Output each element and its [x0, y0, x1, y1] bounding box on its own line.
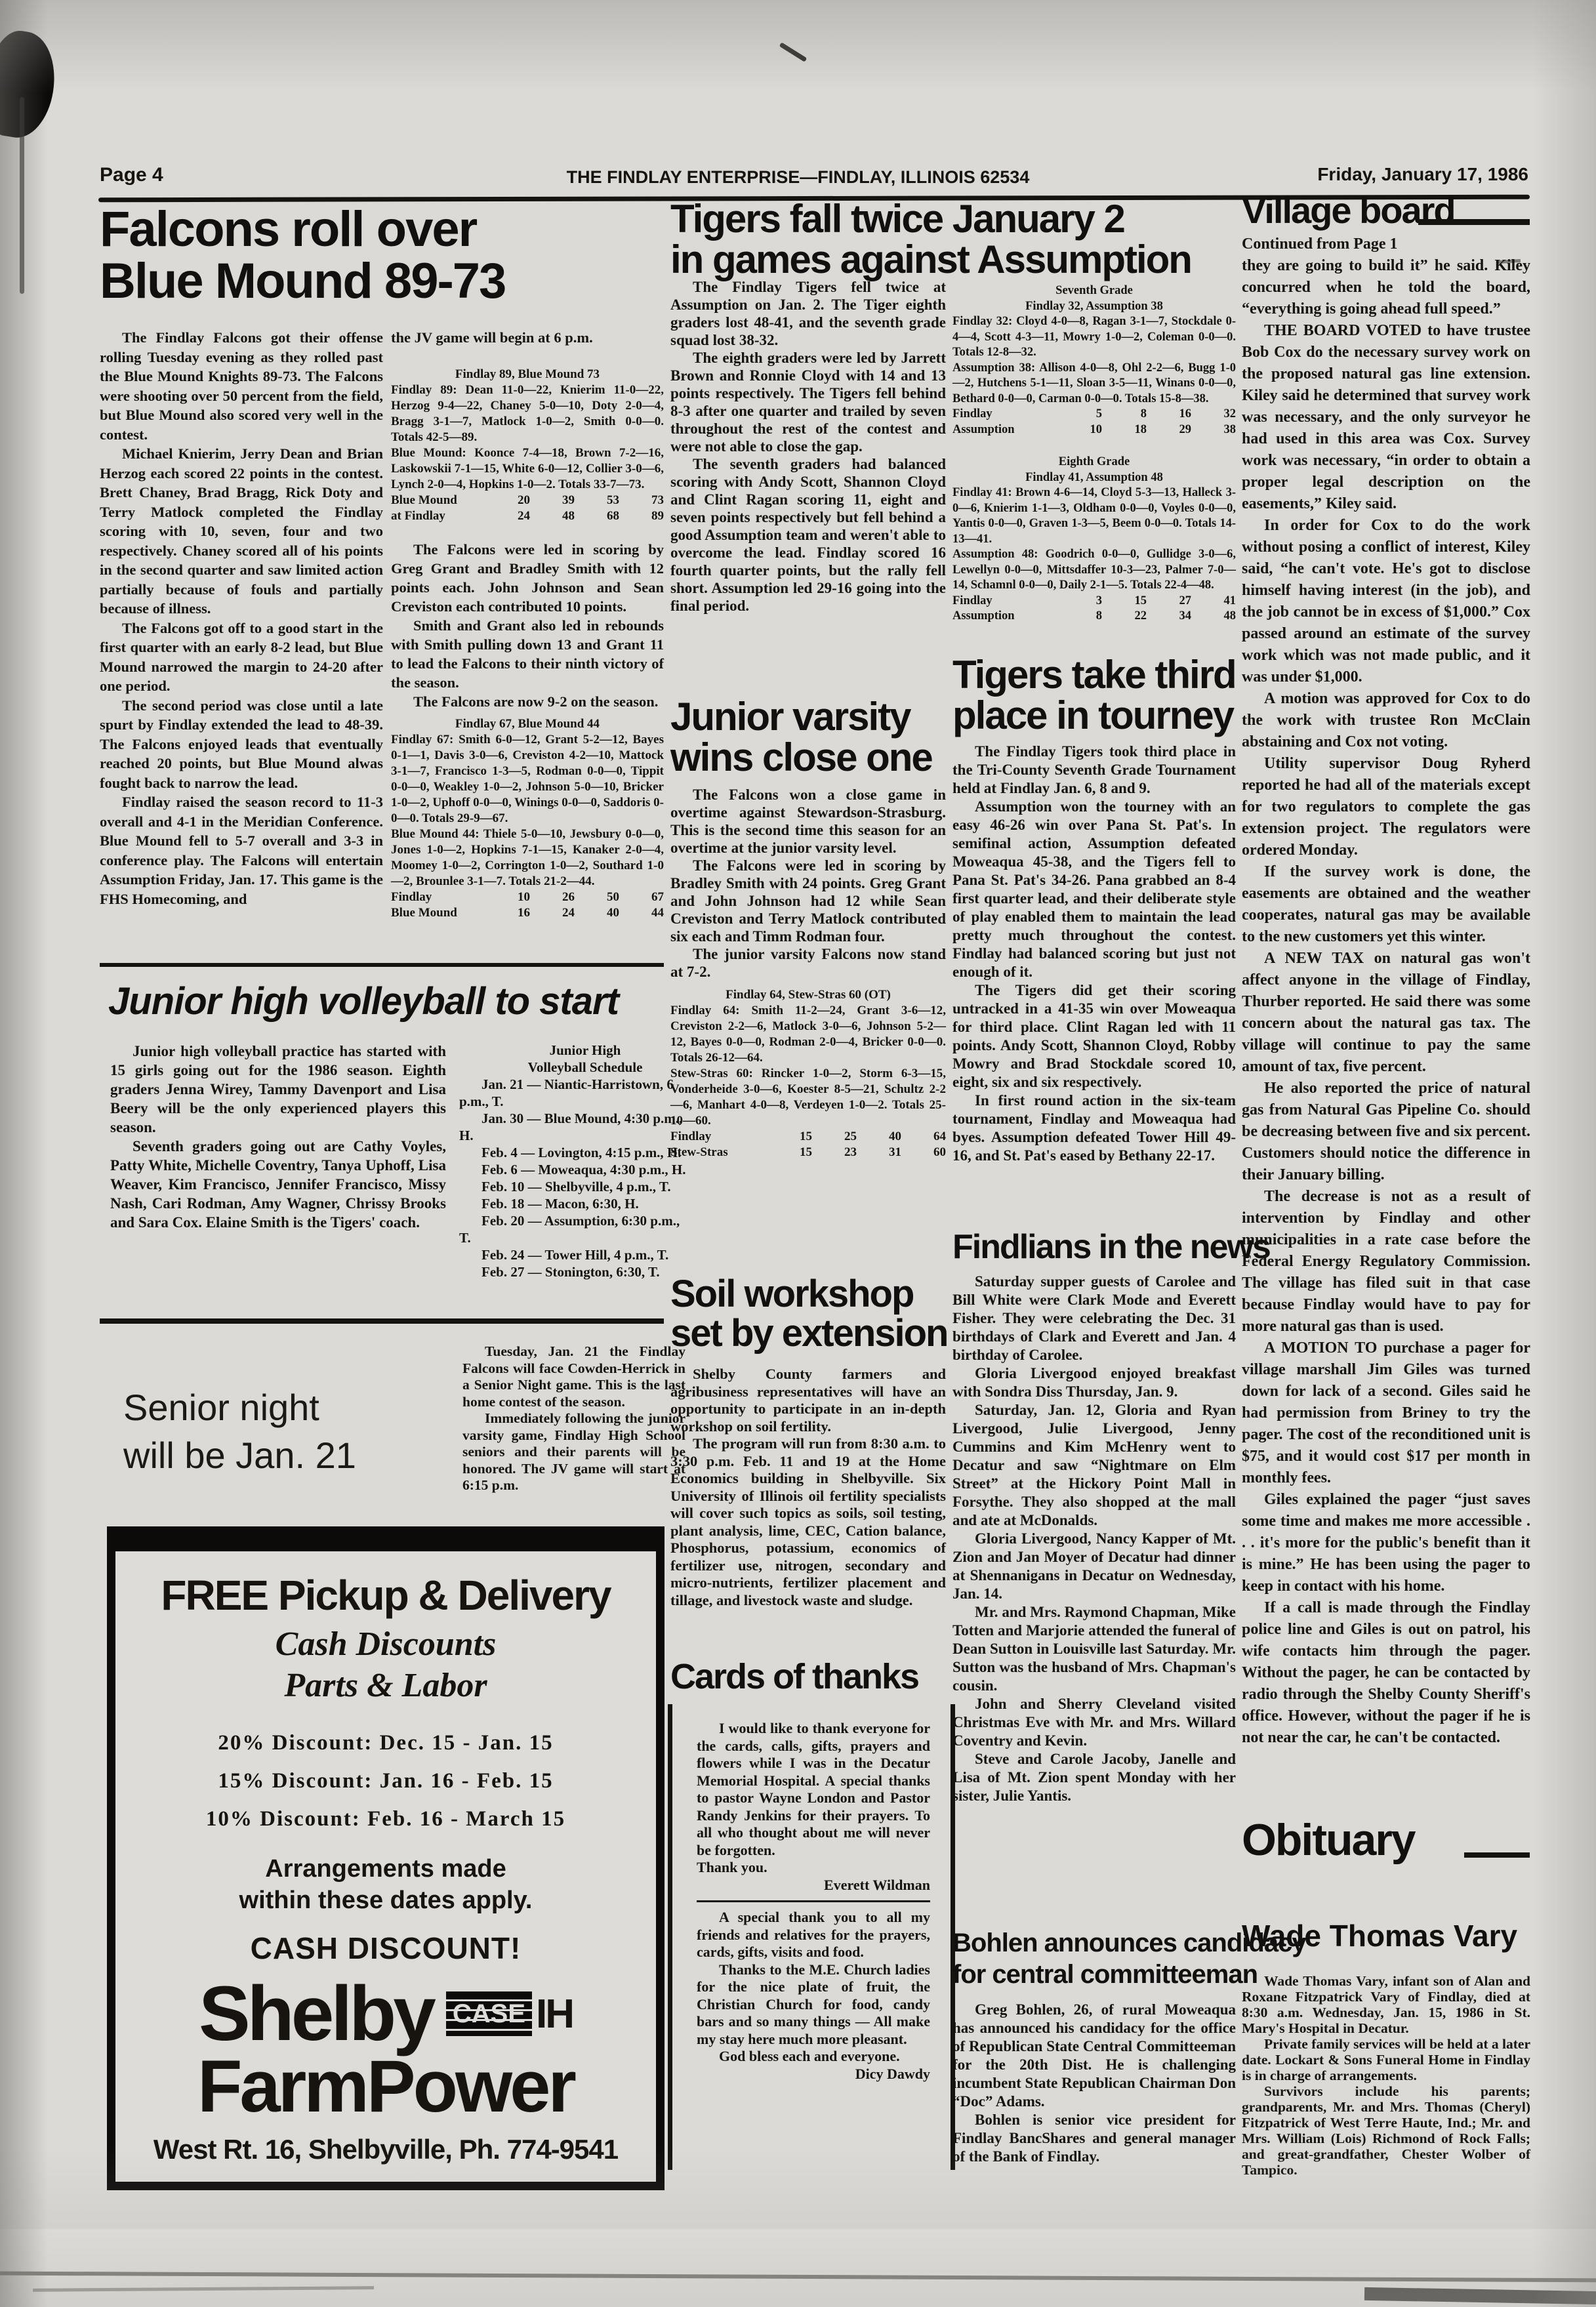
volleyball-schedule: Junior High Volleyball Schedule Jan. 21 …	[459, 1042, 689, 1280]
soil-headline-line1: Soil workshop	[670, 1275, 947, 1314]
senior-night-paragraph: Tuesday, Jan. 21 the Findlay Falcons wil…	[462, 1343, 685, 1410]
linescore-team: Assumption	[952, 422, 1057, 438]
findlians-paragraph: Gloria Livergood enjoyed breakfast with …	[952, 1364, 1236, 1401]
falcons-paragraph: The Falcons are now 9-2 on the season.	[391, 692, 664, 711]
soil-paragraph: Shelby County farmers and agribusiness r…	[670, 1366, 946, 1435]
ad-brand-shelby: Shelby	[199, 1975, 433, 2052]
linescore-q3: 40	[857, 1129, 901, 1145]
linescore-team: Assumption	[952, 609, 1057, 624]
eighth-grade-label: Eighth Grade	[952, 455, 1236, 470]
linescore-q2: 18	[1102, 422, 1147, 438]
village-board-body: Continued from Page 1 they are going to …	[1242, 234, 1530, 1749]
schedule-item: Feb. 18 — Macon, 6:30, H.	[459, 1195, 689, 1212]
falcons-column-2: the JV game will begin at 6 p.m. Findlay…	[391, 328, 664, 921]
findlians-body: Saturday supper guests of Carolee and Bi…	[952, 1273, 1236, 1805]
village-paragraph: If the survey work is done, the easement…	[1242, 861, 1530, 948]
volleyball-headline: Junior high volleyball to start	[108, 982, 619, 1021]
linescore-final: 73	[619, 493, 664, 508]
box-score-line: Findlay 41: Brown 4-6—14, Cloyd 5-3—13, …	[952, 485, 1236, 547]
box-score-line: Blue Mound 44: Thiele 5-0—10, Jewsbury 0…	[391, 827, 664, 889]
falcons-paragraph: Michael Knierim, Jerry Dean and Brian He…	[100, 444, 383, 619]
tigers-fall-paragraph: The seventh graders had balanced scoring…	[670, 455, 946, 615]
newspaper-page: Page 4 THE FINDLAY ENTERPRISE—FINDLAY, I…	[0, 0, 1596, 2307]
linescore-q1: 5	[1057, 407, 1102, 422]
ad-free-pickup-line: FREE Pickup & Delivery	[115, 1571, 656, 1620]
linescore-row: at Findlay 24 48 68 89	[391, 508, 664, 524]
linescore-q2: 23	[812, 1145, 857, 1160]
linescore-final: 32	[1191, 407, 1236, 422]
shelby-farm-power-ad: FREE Pickup & Delivery Cash Discounts Pa…	[107, 1526, 665, 2190]
falcons-paragraph: The Findlay Falcons got their offense ro…	[100, 328, 383, 444]
obituary-name: Wade Thomas Vary	[1242, 1921, 1517, 1952]
linescore-team: Blue Mound	[391, 905, 485, 921]
jv-paragraph: The junior varsity Falcons now stand at …	[670, 945, 946, 981]
tigers-third-paragraph: Assumption won the tourney with an easy …	[952, 798, 1236, 981]
obituary-paragraph: Private family services will be held at …	[1242, 2036, 1530, 2083]
case-logo-box: CASE	[446, 1991, 532, 2036]
linescore-q3: 16	[1147, 407, 1191, 422]
ad-brand-farmpower: FarmPower	[115, 2050, 656, 2123]
box-score-title: Findlay 64, Stew-Stras 60 (OT)	[670, 987, 946, 1003]
ad-address: West Rt. 16, Shelbyville, Ph. 774-9541	[115, 2134, 656, 2165]
linescore-team: at Findlay	[391, 508, 485, 524]
tigers-third-headline: Tigers take third place in tourney	[952, 655, 1236, 737]
box-score-title: Findlay 67, Blue Mound 44	[391, 716, 664, 732]
linescore-q2: 15	[1102, 594, 1147, 609]
falcons-paragraph: The Falcons were led in scoring by Greg …	[391, 540, 664, 616]
tigers-third-headline-line2: place in tourney	[952, 695, 1236, 736]
jv-paragraph: The Falcons were led in scoring by Bradl…	[670, 857, 946, 945]
tigers-third-body: The Findlay Tigers took third place in t…	[952, 743, 1236, 1165]
village-paragraph: they are going to build it” he said. Kil…	[1242, 255, 1530, 320]
linescore-q3: 53	[575, 493, 619, 508]
linescore-q1: 3	[1057, 594, 1102, 609]
linescore-team: Blue Mound	[391, 493, 485, 508]
ad-discount-line: 20% Discount: Dec. 15 - Jan. 15	[115, 1725, 656, 1763]
masthead-title: THE FINDLAY ENTERPRISE—FINDLAY, ILLINOIS…	[567, 167, 1030, 188]
box-score-line: Findlay 32: Cloyd 4-0—8, Ragan 3-1—7, St…	[952, 314, 1236, 361]
tigers-fall-headline-line1: Tigers fall twice January 2	[670, 199, 1191, 239]
tigers-fall-paragraph: The eighth graders were led by Jarrett B…	[670, 349, 946, 455]
linescore-q1: 8	[1057, 609, 1102, 624]
linescore-q1: 15	[767, 1145, 812, 1160]
scan-blob-top-left	[0, 27, 62, 142]
ad-note-line1: Arrangements made	[115, 1854, 656, 1885]
schedule-item: Jan. 30 — Blue Mound, 4:30 p.m., H.	[459, 1110, 689, 1144]
seventh-grade-label: Seventh Grade	[952, 283, 1236, 299]
jv-headline-line1: Junior varsity	[670, 697, 932, 737]
linescore-final: 60	[901, 1145, 946, 1160]
findlians-paragraph: Steve and Carole Jacoby, Janelle and Lis…	[952, 1750, 1236, 1805]
scan-smudge-bottom-left	[33, 2286, 374, 2292]
box-score-line: Findlay 64: Smith 11-2—24, Grant 3-6—12,…	[670, 1003, 946, 1066]
bohlen-body: Greg Bohlen, 26, of rural Moweaqua has a…	[952, 2001, 1236, 2166]
section-divider	[100, 963, 664, 967]
tigers-third-paragraph: The Findlay Tigers took third place in t…	[952, 743, 1236, 798]
soil-body: Shelby County farmers and agribusiness r…	[670, 1366, 946, 1609]
cards-rule-left	[668, 1704, 672, 2170]
cards-headline: Cards of thanks	[670, 1658, 918, 1695]
jv-headline-line2: wins close one	[670, 737, 932, 778]
card-of-thanks-paragraph: God bless each and everyone.	[697, 2048, 930, 2066]
linescore-row: Findlay 10 26 50 67	[391, 889, 664, 905]
linescore-q1: 20	[485, 493, 530, 508]
falcons-jv-note: the JV game will begin at 6 p.m.	[391, 328, 664, 347]
village-paragraph: If a call is made through the Findlay po…	[1242, 1597, 1530, 1749]
linescore-q2: 39	[530, 493, 575, 508]
jv-body: The Falcons won a close game in overtime…	[670, 786, 946, 1160]
ad-discount-line: 15% Discount: Jan. 16 - Feb. 15	[115, 1763, 656, 1801]
linescore-row: Blue Mound 16 24 40 44	[391, 905, 664, 921]
soil-paragraph: The program will run from 8:30 a.m. to 3…	[670, 1435, 946, 1609]
ad-note: Arrangements made within these dates app…	[115, 1854, 656, 1916]
linescore-q3: 50	[575, 889, 619, 905]
ad-note-line2: within these dates apply.	[115, 1885, 656, 1917]
continued-from-label: Continued from Page 1	[1242, 234, 1530, 255]
ad-brand-row: Shelby CASE IH	[115, 1975, 656, 2052]
falcons-headline: Falcons roll over Blue Mound 89-73	[100, 203, 505, 307]
grade-box-scores: Seventh Grade Findlay 32, Assumption 38 …	[952, 283, 1236, 624]
linescore-team: Findlay	[952, 594, 1057, 609]
linescore-q3: 29	[1147, 422, 1191, 438]
box-score-title: Findlay 32, Assumption 38	[952, 299, 1236, 315]
linescore-q2: 48	[530, 508, 575, 524]
schedule-title-line2: Volleyball Schedule	[459, 1059, 689, 1076]
jv-headline: Junior varsity wins close one	[670, 697, 932, 779]
village-paragraph: The decrease is not as a result of inter…	[1242, 1186, 1530, 1337]
volleyball-paragraph: Junior high volleyball practice has star…	[110, 1042, 446, 1137]
cards-body: I would like to thank everyone for the c…	[697, 1720, 930, 2083]
box-score-line: Findlay 67: Smith 6-0—12, Grant 5-2—12, …	[391, 732, 664, 827]
linescore-q3: 40	[575, 905, 619, 921]
tigers-fall-headline-line2: in games against Assumption	[670, 239, 1191, 280]
linescore-team: Findlay	[952, 407, 1057, 422]
linescore-final: 48	[1191, 609, 1236, 624]
jv-box-score-blue-mound: Findlay 67, Blue Mound 44 Findlay 67: Sm…	[391, 716, 664, 921]
case-logo-text: CASE	[453, 1999, 525, 2028]
schedule-title-line1: Junior High	[459, 1042, 689, 1059]
ad-parts-labor-line: Parts & Labor	[115, 1666, 656, 1705]
findlians-paragraph: Gloria Livergood, Nancy Kapper of Mt. Zi…	[952, 1530, 1236, 1603]
falcons-paragraph: Findlay raised the season record to 11-3…	[100, 792, 383, 909]
box-score-title: Findlay 89, Blue Mound 73	[391, 367, 664, 382]
findlians-paragraph: Saturday, Jan. 12, Gloria and Ryan Liver…	[952, 1401, 1236, 1530]
linescore-q2: 24	[530, 905, 575, 921]
falcons-paragraph: The second period was close until a late…	[100, 696, 383, 793]
village-paragraph: Giles explained the pager “just saves so…	[1242, 1489, 1530, 1597]
ad-cash-discounts-line: Cash Discounts	[115, 1625, 656, 1664]
linescore-row: Findlay 5 8 16 32	[952, 407, 1236, 422]
box-score-line: Stew-Stras 60: Rincker 1-0—2, Storm 6-3—…	[670, 1066, 946, 1129]
linescore-final: 41	[1191, 594, 1236, 609]
village-paragraph: In order for Cox to do the work without …	[1242, 515, 1530, 688]
masthead-date: Friday, January 17, 1986	[1317, 164, 1528, 185]
linescore-q2: 25	[812, 1129, 857, 1145]
linescore-q3: 31	[857, 1145, 901, 1160]
card-signature: Everett Wildman	[697, 1877, 930, 1894]
tigers-third-paragraph: In first round action in the six-team to…	[952, 1092, 1236, 1165]
scan-smudge-bottom-right	[1364, 2287, 1596, 2304]
findlians-paragraph: Saturday supper guests of Carolee and Bi…	[952, 1273, 1236, 1364]
linescore-row: Assumption 10 18 29 38	[952, 422, 1236, 438]
ad-discount-schedule: 20% Discount: Dec. 15 - Jan. 15 15% Disc…	[115, 1725, 656, 1838]
scan-band-bottom	[0, 2229, 1596, 2307]
senior-night-body: Tuesday, Jan. 21 the Findlay Falcons wil…	[462, 1343, 685, 1494]
schedule-item: Jan. 21 — Niantic-Harristown, 6 p.m., T.	[459, 1076, 689, 1110]
obituary-headline: Obituary	[1242, 1817, 1415, 1864]
schedule-item: Feb. 10 — Shelbyville, 4 p.m., T.	[459, 1178, 689, 1195]
linescore-q3: 27	[1147, 594, 1191, 609]
linescore-row: Assumption 8 22 34 48	[952, 609, 1236, 624]
volleyball-body: Junior high volleyball practice has star…	[110, 1042, 446, 1232]
obituary-paragraph: Survivors include his parents; grandpare…	[1242, 2083, 1530, 2178]
obituary-headline-rule	[1464, 1852, 1530, 1858]
box-score-line: Findlay 89: Dean 11-0—22, Knierim 11-0—2…	[391, 382, 664, 445]
falcons-paragraph: Smith and Grant also led in rebounds wit…	[391, 616, 664, 692]
linescore-final: 38	[1191, 422, 1236, 438]
box-score-line: Assumption 48: Goodrich 0-0—0, Gullidge …	[952, 547, 1236, 594]
linescore-q3: 68	[575, 508, 619, 524]
falcons-paragraph: The Falcons got off to a good start in t…	[100, 619, 383, 696]
findlians-paragraph: John and Sherry Cleveland visited Christ…	[952, 1695, 1236, 1750]
scan-tick-top	[779, 42, 808, 62]
box-score-line: Assumption 38: Allison 4-0—8, Ohl 2-2—6,…	[952, 361, 1236, 407]
linescore-final: 67	[619, 889, 664, 905]
linescore-final: 44	[619, 905, 664, 921]
linescore-q1: 10	[1057, 422, 1102, 438]
village-board-headline-rule	[1418, 219, 1530, 225]
linescore-q1: 16	[485, 905, 530, 921]
village-paragraph: A MOTION TO purchase a pager for village…	[1242, 1337, 1530, 1489]
obituary-paragraph: Wade Thomas Vary, infant son of Alan and…	[1242, 1973, 1530, 2036]
senior-night-paragraph: Immediately following the junior varsity…	[462, 1410, 685, 1494]
section-divider	[100, 1318, 664, 1324]
scan-line-left-edge	[20, 97, 24, 294]
senior-night-headline-line1: Senior night	[123, 1384, 356, 1432]
box-score-line: Blue Mound: Koonce 7-4—18, Brown 7-2—16,…	[391, 445, 664, 493]
jv-paragraph: The Falcons won a close game in overtime…	[670, 786, 946, 857]
linescore-q2: 8	[1102, 407, 1147, 422]
linescore-team: Findlay	[391, 889, 485, 905]
box-score-title: Findlay 41, Assumption 48	[952, 470, 1236, 486]
falcons-headline-line1: Falcons roll over	[100, 203, 505, 255]
schedule-item: Feb. 6 — Moweaqua, 4:30 p.m., H.	[459, 1161, 689, 1178]
card-of-thanks-paragraph: Thank you.	[697, 1859, 930, 1877]
linescore-final: 64	[901, 1129, 946, 1145]
village-paragraph: Utility supervisor Doug Ryherd reported …	[1242, 753, 1530, 861]
schedule-item: Feb. 24 — Tower Hill, 4 p.m., T.	[459, 1246, 689, 1263]
soil-headline: Soil workshop set by extension	[670, 1275, 947, 1354]
schedule-item: Feb. 4 — Lovington, 4:15 p.m., H.	[459, 1144, 689, 1161]
falcons-column-1: The Findlay Falcons got their offense ro…	[100, 328, 383, 909]
schedule-item: Feb. 20 — Assumption, 6:30 p.m., T.	[459, 1212, 689, 1246]
bohlen-paragraph: Bohlen is senior vice president for Find…	[952, 2111, 1236, 2166]
ih-logo-text: IH	[536, 1991, 573, 2037]
falcons-headline-line2: Blue Mound 89-73	[100, 255, 505, 307]
tigers-fall-body: The Findlay Tigers fell twice at Assumpt…	[670, 278, 946, 615]
village-paragraph: He also reported the price of natural ga…	[1242, 1078, 1530, 1186]
linescore-q3: 34	[1147, 609, 1191, 624]
linescore-row: Stew-Stras 15 23 31 60	[670, 1145, 946, 1160]
jv-box-score-stew-stras: Findlay 64, Stew-Stras 60 (OT) Findlay 6…	[670, 987, 946, 1160]
tigers-fall-paragraph: The Findlay Tigers fell twice at Assumpt…	[670, 278, 946, 349]
findlians-headline: Findlians in the news	[952, 1229, 1270, 1265]
card-divider	[697, 1900, 930, 1902]
schedule-item: Feb. 27 — Stonington, 6:30, T.	[459, 1263, 689, 1280]
linescore-row: Findlay 15 25 40 64	[670, 1129, 946, 1145]
findlians-paragraph: Mr. and Mrs. Raymond Chapman, Mike Totte…	[952, 1603, 1236, 1695]
village-paragraph: A NEW TAX on natural gas won't affect an…	[1242, 948, 1530, 1078]
linescore-q1: 24	[485, 508, 530, 524]
linescore-row: Findlay 3 15 27 41	[952, 594, 1236, 609]
village-paragraph: A motion was approved for Cox to do the …	[1242, 688, 1530, 753]
linescore-q2: 22	[1102, 609, 1147, 624]
varsity-box-score: Findlay 89, Blue Mound 73 Findlay 89: De…	[391, 367, 664, 524]
senior-night-headline-line2: will be Jan. 21	[123, 1432, 356, 1480]
tigers-third-headline-line1: Tigers take third	[952, 655, 1236, 695]
linescore-q1: 10	[485, 889, 530, 905]
page-number: Page 4	[100, 164, 163, 186]
card-of-thanks-paragraph: Thanks to the M.E. Church ladies for the…	[697, 1961, 930, 2049]
bohlen-paragraph: Greg Bohlen, 26, of rural Moweaqua has a…	[952, 2001, 1236, 2111]
tigers-third-paragraph: The Tigers did get their scoring untrack…	[952, 981, 1236, 1092]
card-signature: Dicy Dawdy	[697, 2066, 930, 2083]
ad-discount-line: 10% Discount: Feb. 16 - March 15	[115, 1801, 656, 1839]
soil-headline-line2: set by extension	[670, 1314, 947, 1353]
linescore-row: Blue Mound 20 39 53 73	[391, 493, 664, 508]
case-ih-logo: CASE IH	[446, 1991, 573, 2037]
obituary-body: Wade Thomas Vary, infant son of Alan and…	[1242, 1973, 1530, 2178]
linescore-q2: 26	[530, 889, 575, 905]
scan-wave-bottom	[0, 2272, 1596, 2283]
volleyball-paragraph: Seventh graders going out are Cathy Voyl…	[110, 1137, 446, 1232]
linescore-final: 89	[619, 508, 664, 524]
tigers-fall-headline: Tigers fall twice January 2 in games aga…	[670, 199, 1191, 281]
card-of-thanks-paragraph: I would like to thank everyone for the c…	[697, 1720, 930, 1859]
ad-cash-discount-label: CASH DISCOUNT!	[115, 1930, 656, 1966]
village-paragraph: THE BOARD VOTED to have trustee Bob Cox …	[1242, 320, 1530, 515]
senior-night-headline: Senior night will be Jan. 21	[123, 1384, 356, 1480]
card-of-thanks-paragraph: A special thank you to all my friends an…	[697, 1909, 930, 1961]
linescore-q1: 15	[767, 1129, 812, 1145]
